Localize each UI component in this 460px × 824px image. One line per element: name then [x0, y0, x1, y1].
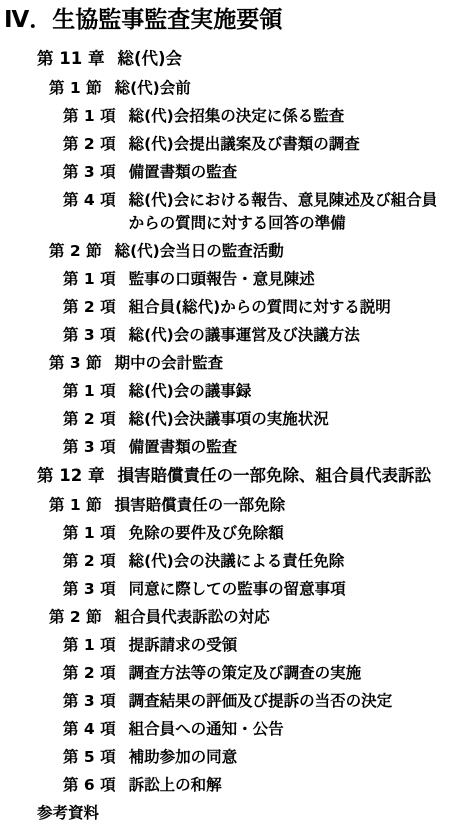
outline-row-number-label: 第 2 節: [49, 606, 102, 629]
outline-row-item: 第 5 項補助参加の同意: [63, 746, 458, 769]
outline-row-item: 第 2 項総(代)会の決議による責任免除: [63, 550, 458, 573]
outline-row-title-text: 訴訟上の和解: [129, 774, 222, 797]
outline-row-number-label: 第 1 項: [63, 105, 116, 128]
outline-row-title-text: 総(代)会前: [115, 77, 191, 100]
outline-row-item: 第 4 項組合員への通知・公告: [63, 718, 458, 741]
outline-row-title-text: 総(代)会の議事運営及び決議方法: [129, 324, 360, 347]
outline-row-title-text: 提訴請求の受領: [129, 634, 238, 657]
outline-row-title-text: 総(代)会: [117, 47, 182, 71]
outline-row-item: 第 1 項免除の要件及び免除額: [63, 522, 458, 545]
outline-row-item: 第 4 項総(代)会における報告、意見陳述及び組合員からの質問に対する回答の準備: [63, 189, 458, 235]
outline-row-title-text: 総(代)会提出議案及び書類の調査: [129, 133, 360, 156]
outline-row-item: 第 2 項調査方法等の策定及び調査の実施: [63, 662, 458, 685]
outline-row-title-text: 組合員への通知・公告: [129, 718, 284, 741]
outline-row-title-text: 補助参加の同意: [129, 746, 238, 769]
footer-reference-materials: 参考資料: [37, 802, 458, 824]
outline-row-item: 第 2 項組合員(総代)からの質問に対する説明: [63, 296, 458, 319]
outline-row-title-text: 総(代)会の決議による責任免除: [129, 550, 345, 573]
outline-row-number-label: 第 3 節: [49, 352, 102, 375]
outline-row-number-label: 第 2 項: [63, 296, 116, 319]
outline-row-number-label: 第 4 項: [63, 189, 116, 212]
outline-row-title-text: 総(代)会の議事録: [129, 380, 252, 403]
outline-row-number-label: 第 2 項: [63, 662, 116, 685]
outline-row-title-text: 総(代)会における報告、意見陳述及び組合員からの質問に対する回答の準備: [129, 189, 447, 235]
outline-row-number-label: 第 2 項: [63, 408, 116, 431]
outline-row-number-label: 第 12 章: [37, 464, 104, 488]
outline-row-title-text: 総(代)会当日の監査活動: [115, 240, 284, 263]
outline-row-number-label: 第 1 節: [49, 494, 102, 517]
outline-row-item: 第 1 項総(代)会の議事録: [63, 380, 458, 403]
outline-row-title-text: 総(代)会招集の決定に係る監査: [129, 105, 345, 128]
outline-row-item: 第 3 項総(代)会の議事運営及び決議方法: [63, 324, 458, 347]
outline-row-title-text: 調査結果の評価及び提訴の当否の決定: [129, 690, 393, 713]
outline-row-title-text: 期中の会計監査: [115, 352, 224, 375]
outline-row-item: 第 1 項提訴請求の受領: [63, 634, 458, 657]
outline-row-title-text: 組合員代表訴訟の対応: [115, 606, 270, 629]
outline-row-title-text: 備置書類の監査: [129, 161, 238, 184]
outline-row-number-label: 第 4 項: [63, 718, 116, 741]
outline-row-section: 第 2 節組合員代表訴訟の対応: [49, 606, 458, 629]
outline-row-item: 第 2 項総(代)会決議事項の実施状況: [63, 408, 458, 431]
outline-row-number-label: 第 1 項: [63, 268, 116, 291]
outline-row-item: 第 1 項監事の口頭報告・意見陳述: [63, 268, 458, 291]
outline-row-section: 第 2 節総(代)会当日の監査活動: [49, 240, 458, 263]
outline-row-item: 第 3 項同意に際しての監事の留意事項: [63, 578, 458, 601]
outline-row-number-label: 第 2 項: [63, 133, 116, 156]
outline-row-number-label: 第 2 節: [49, 240, 102, 263]
outline-row-number-label: 第 3 項: [63, 161, 116, 184]
outline-row-number-label: 第 3 項: [63, 578, 116, 601]
outline-row-title-text: 損害賠償責任の一部免除: [115, 494, 286, 517]
outline-row-title-text: 組合員(総代)からの質問に対する説明: [129, 296, 391, 319]
outline-row-number-label: 第 1 項: [63, 634, 116, 657]
outline-list: 第 11 章総(代)会第 1 節総(代)会前第 1 項総(代)会招集の決定に係る…: [4, 47, 458, 797]
outline-row-section: 第 1 節損害賠償責任の一部免除: [49, 494, 458, 517]
outline-row-number-label: 第 3 項: [63, 324, 116, 347]
outline-row-title-text: 備置書類の監査: [129, 436, 238, 459]
outline-row-number-label: 第 3 項: [63, 436, 116, 459]
outline-row-title-text: 損害賠償責任の一部免除、組合員代表訴訟: [117, 464, 431, 488]
outline-row-number-label: 第 5 項: [63, 746, 116, 769]
outline-row-item: 第 1 項総(代)会招集の決定に係る監査: [63, 105, 458, 128]
document-title: Ⅳ．生協監事監査実施要領: [4, 6, 458, 34]
outline-row-number-label: 第 11 章: [37, 47, 104, 71]
toc-page: Ⅳ．生協監事監査実施要領 第 11 章総(代)会第 1 節総(代)会前第 1 項…: [0, 0, 460, 824]
outline-row-title-text: 調査方法等の策定及び調査の実施: [129, 662, 362, 685]
outline-row-item: 第 6 項訴訟上の和解: [63, 774, 458, 797]
outline-row-item: 第 2 項総(代)会提出議案及び書類の調査: [63, 133, 458, 156]
outline-row-chapter: 第 12 章損害賠償責任の一部免除、組合員代表訴訟: [37, 464, 458, 488]
outline-row-title-text: 免除の要件及び免除額: [129, 522, 284, 545]
outline-row-number-label: 第 1 項: [63, 380, 116, 403]
outline-row-item: 第 3 項備置書類の監査: [63, 161, 458, 184]
outline-row-section: 第 1 節総(代)会前: [49, 77, 458, 100]
outline-row-section: 第 3 節期中の会計監査: [49, 352, 458, 375]
outline-row-number-label: 第 1 節: [49, 77, 102, 100]
outline-row-number-label: 第 6 項: [63, 774, 116, 797]
outline-row-item: 第 3 項調査結果の評価及び提訴の当否の決定: [63, 690, 458, 713]
outline-row-title-text: 総(代)会決議事項の実施状況: [129, 408, 329, 431]
outline-row-number-label: 第 2 項: [63, 550, 116, 573]
outline-row-title-text: 監事の口頭報告・意見陳述: [129, 268, 315, 291]
outline-row-title-text: 同意に際しての監事の留意事項: [129, 578, 346, 601]
outline-row-chapter: 第 11 章総(代)会: [37, 47, 458, 71]
outline-row-item: 第 3 項備置書類の監査: [63, 436, 458, 459]
outline-row-number-label: 第 3 項: [63, 690, 116, 713]
outline-row-number-label: 第 1 項: [63, 522, 116, 545]
